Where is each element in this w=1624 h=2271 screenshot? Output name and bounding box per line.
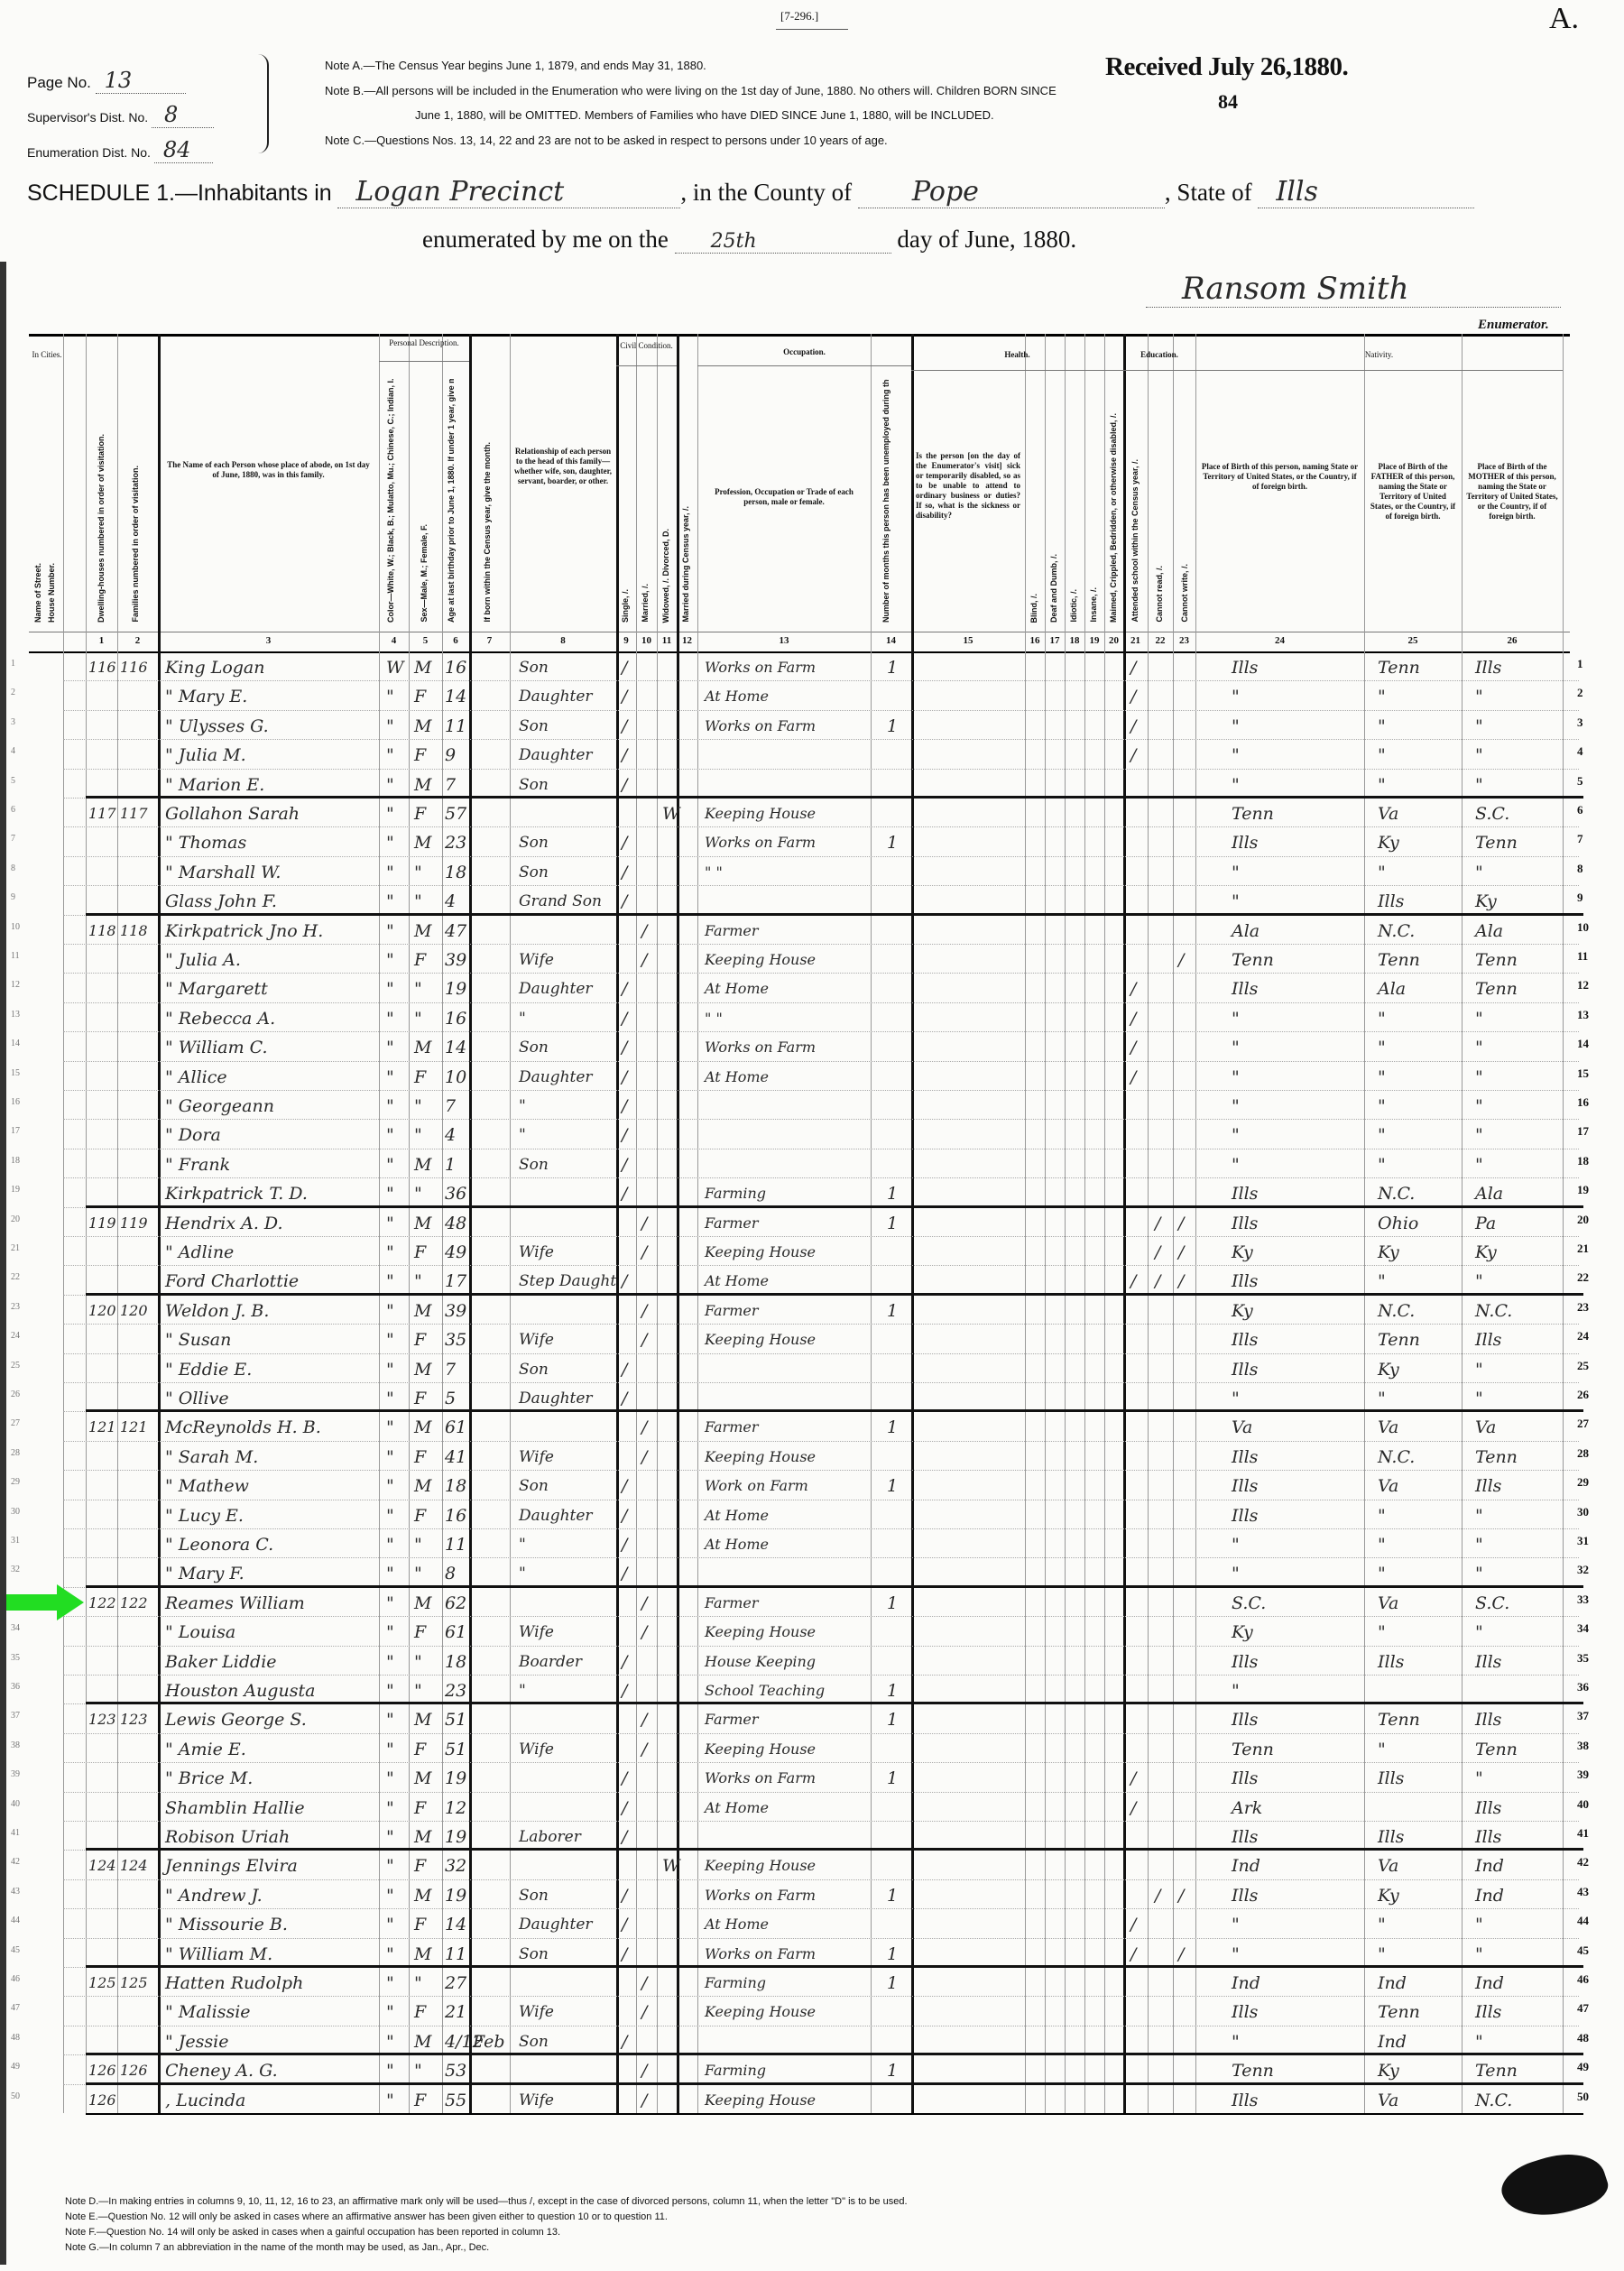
father-birthplace: Tenn [1378,1703,1420,1736]
birthplace: Ills [1232,1207,1258,1240]
birthplace: Ky [1232,1236,1253,1269]
mother-birthplace: Pa [1475,1207,1496,1240]
census-page: [7-296.] A. Received July 26,1880. 84 Pa… [0,0,1624,2271]
father-birthplace: Va [1378,2084,1398,2117]
age: 23 [445,826,466,859]
person-name: " Louisa [165,1616,235,1648]
father-birthplace: Ohio [1378,1207,1418,1240]
mother-birthplace: N.C. [1475,1295,1512,1327]
person-name: " Mary E. [165,680,247,713]
row-rule [63,826,1579,827]
row-rule [63,1500,1579,1500]
line-number-right: 3 [1577,715,1583,730]
line-number-right: 23 [1577,1300,1589,1315]
line-number: 35 [11,1653,20,1663]
col22-header: Cannot read, /. [1155,566,1164,623]
single-mark: / [622,1908,627,1941]
line-number: 42 [11,1857,20,1867]
person-name: Hendrix A. D. [165,1207,283,1240]
age: 41 [445,1441,466,1473]
married-mark: / [641,1236,647,1269]
line-number: 28 [11,1448,20,1458]
birthplace: Ills [1232,1470,1258,1502]
age: 10 [445,1061,466,1094]
occupation: At Home [705,1500,769,1532]
color: " [386,1587,394,1620]
color: " [386,1061,394,1094]
col16-header: Blind, /. [1029,594,1038,623]
family-rule [86,1702,1583,1704]
sex: F [414,1996,426,2028]
person-name: " Julia A. [165,944,241,976]
line-number-right: 10 [1577,920,1589,935]
relationship: Wife [519,1236,554,1269]
column-rule [510,334,511,2113]
age: 16 [445,651,466,684]
column-number: 1 [86,635,117,646]
person-name: " Ulysses G. [165,710,269,743]
col13-header: Profession, Occupation or Trade of each … [702,487,866,507]
dwelling-number: 118 [88,915,116,947]
person-name: " Margarett [165,973,268,1005]
sex: M [414,915,431,947]
person-name: " Thomas [165,826,246,859]
birthplace: Tenn [1232,1733,1274,1766]
column-number: 13 [697,635,871,646]
attended-school: / [1130,739,1136,771]
family-number: 125 [120,1967,148,1999]
column-rule [117,334,118,2113]
occupation: Farmer [705,915,759,947]
col25-header: Place of Birth of the FATHER of this per… [1368,462,1458,522]
column-number: 24 [1195,635,1364,646]
row-rule [63,1646,1579,1647]
person-name: " Brice M. [165,1762,253,1795]
line-number-right: 17 [1577,1124,1589,1139]
sex: " [414,1646,422,1678]
line-number-right: 5 [1577,774,1583,789]
line-number-right: 36 [1577,1680,1589,1694]
in-cities-title: In Cities. [29,350,65,360]
row-rule [63,885,1579,886]
color: " [386,1090,394,1122]
row-rule [63,1557,1579,1558]
father-birthplace: Va [1378,798,1398,830]
birthplace: Ind [1232,1850,1260,1882]
person-name: " Marshall W. [165,856,281,889]
cannot-write: / [1178,1879,1184,1912]
row-rule [63,1528,1579,1529]
married-mark: / [641,1587,647,1620]
relationship: Daughter [519,1908,593,1941]
single-mark: / [622,1002,627,1035]
birthplace: Ills [1232,1762,1258,1795]
line-number: 24 [11,1331,20,1341]
age: 19 [445,973,466,1005]
mother-birthplace: S.C. [1475,1587,1509,1620]
relationship: Son [519,1149,549,1181]
birthplace: Ky [1232,1295,1253,1327]
color: " [386,944,394,976]
family-number: 117 [120,798,148,830]
relationship: Wife [519,1324,554,1356]
column-number: 16 [1025,635,1045,646]
birthplace: Ills [1232,1500,1258,1532]
line-number: 3 [11,717,15,727]
line-number-right: 11 [1577,949,1588,964]
line-number-right: 27 [1577,1417,1589,1431]
line-number-right: 30 [1577,1505,1589,1519]
occupation: Keeping House [705,1441,816,1473]
column-rule [1025,334,1026,2113]
line-number: 1 [11,659,15,669]
person-name: " Georgeann [165,1090,274,1122]
age: 18 [445,856,466,889]
dwelling-number: 126 [88,2084,116,2117]
attended-school: / [1130,710,1136,743]
line-number-right: 2 [1577,686,1583,700]
mother-birthplace: Ind [1475,1879,1504,1912]
line-number-right: 50 [1577,2090,1589,2104]
relationship: Son [519,1031,549,1064]
age: 18 [445,1470,466,1502]
family-rule [86,796,1583,799]
nativity-group-title: Nativity. [1195,350,1563,360]
age: 11 [445,1528,466,1561]
line-number-right: 14 [1577,1037,1589,1051]
line-number: 7 [11,834,15,844]
mother-birthplace: " [1475,1090,1483,1122]
highlight-arrow-icon [5,1584,86,1620]
person-name: " Malissie [165,1996,251,2028]
person-name: Kirkpatrick Jno H. [165,915,323,947]
line-number-right: 29 [1577,1475,1589,1490]
line-number: 5 [11,776,15,786]
line-number: 39 [11,1769,20,1779]
footer-note: Note D.—In making entries in columns 9, … [65,2194,908,2210]
sex: M [414,826,431,859]
line-number-right: 9 [1577,891,1583,905]
row-rule [63,1762,1579,1763]
relationship: Son [519,651,549,684]
father-birthplace: " [1378,1528,1386,1561]
age: 1 [445,1149,456,1181]
color: " [386,1324,394,1356]
column-rule [636,334,637,2113]
column-rule [1084,334,1085,2113]
dwelling-number: 124 [88,1850,116,1882]
father-birthplace: Ky [1378,1236,1399,1269]
sex: " [414,1090,422,1122]
line-number: 49 [11,2062,20,2072]
family-number: 121 [120,1411,148,1444]
color: " [386,1500,394,1532]
relationship: Son [519,826,549,859]
color: " [386,1703,394,1736]
sex: M [414,1353,431,1386]
person-name: King Logan [165,651,265,684]
birthplace: Ills [1232,2084,1258,2117]
months-unemployed: 1 [887,651,898,684]
sex: M [414,1762,431,1795]
line-number: 4 [11,746,15,756]
sex: F [414,739,426,771]
row-rule [63,739,1579,740]
father-birthplace: Va [1378,1470,1398,1502]
line-number-right: 31 [1577,1534,1589,1548]
occupation: Keeping House [705,1236,816,1269]
age: 12 [445,1792,466,1824]
birthplace: Ills [1232,1879,1258,1912]
mother-birthplace: Tenn [1475,826,1518,859]
col7-header: If born within the Census year, give the… [483,442,492,623]
age: 57 [445,798,466,830]
age: 51 [445,1703,466,1736]
occupation: Farming [705,1967,766,1999]
age: 39 [445,944,466,976]
birthplace: " [1232,739,1240,771]
father-birthplace: Va [1378,1850,1398,1882]
age: 39 [445,1295,466,1327]
father-birthplace: Tenn [1378,1996,1420,2028]
mother-birthplace: Tenn [1475,973,1518,1005]
birthplace: Ills [1232,1353,1258,1386]
column-number: 2 [117,635,158,646]
mother-birthplace: " [1475,710,1483,743]
sex: F [414,1061,426,1094]
father-birthplace: Va [1378,1411,1398,1444]
column-number: 26 [1462,635,1563,646]
street-header: Name of Street. [33,563,42,623]
color: " [386,739,394,771]
age: 47 [445,915,466,947]
occupation: Keeping House [705,798,816,830]
column-rule [677,334,679,2113]
occupation: House Keeping [705,1646,816,1678]
age: 18 [445,1646,466,1678]
person-name: Gollahon Sarah [165,798,300,830]
father-birthplace: Tenn [1378,1324,1420,1356]
column-rule [1173,334,1174,2113]
sex: " [414,1002,422,1035]
relationship: Wife [519,1441,554,1473]
line-number: 44 [11,1916,20,1925]
birthplace: " [1232,1031,1240,1064]
sex: " [414,856,422,889]
row-rule [63,680,1579,681]
color: " [386,1646,394,1678]
sex: F [414,1908,426,1941]
person-name: Shamblin Hallie [165,1792,305,1824]
line-number-right: 25 [1577,1359,1589,1373]
relationship: " [519,1002,526,1035]
row-rule [63,1382,1579,1383]
father-birthplace: " [1378,1149,1386,1181]
line-number-right: 16 [1577,1095,1589,1110]
relationship: " [519,1119,526,1151]
line-number: 23 [11,1302,20,1312]
line-number: 46 [11,1974,20,1984]
civil-group-rule [616,365,677,366]
person-name: " Allice [165,1061,227,1094]
birthplace: " [1232,1119,1240,1151]
line-number-right: 41 [1577,1826,1589,1841]
color: " [386,1470,394,1502]
sex: M [414,1587,431,1620]
dwelling-number: 121 [88,1411,116,1444]
occupation: Keeping House [705,944,816,976]
line-number: 2 [11,688,15,697]
occupation: " " [705,856,723,889]
col15-header: Is the person [on the day of the Enumera… [916,451,1020,521]
age: 62 [445,1587,466,1620]
father-birthplace: " [1378,856,1386,889]
col14-header: Number of months this person has been un… [881,379,890,623]
father-birthplace: " [1378,1908,1386,1941]
row-rule [63,1149,1579,1149]
row-rule [63,1324,1579,1325]
birthplace: " [1232,1908,1240,1941]
col12-header: Married during Census year, /. [681,506,690,623]
color: " [386,1295,394,1327]
line-number-right: 46 [1577,1972,1589,1987]
column-rule [442,334,443,2113]
father-birthplace: " [1378,1002,1386,1035]
column-number: 3 [158,635,379,646]
line-number: 27 [11,1418,20,1428]
line-number: 29 [11,1477,20,1487]
age: 16 [445,1002,466,1035]
age: 61 [445,1616,466,1648]
line-number: 43 [11,1887,20,1897]
row-rule [63,1236,1579,1237]
sex: F [414,2084,426,2117]
col8-header: Relationship of each person to the head … [514,447,612,486]
widowed-mark: W [662,1850,680,1882]
mother-birthplace: Ills [1475,1324,1501,1356]
sex: M [414,1703,431,1736]
mother-birthplace: " [1475,1528,1483,1561]
person-name: " Dora [165,1119,221,1151]
line-number-right: 8 [1577,862,1583,876]
col20-header: Maimed, Crippled, Bedridden, or otherwis… [1109,413,1118,623]
line-number: 37 [11,1711,20,1721]
occupation-group-rule [697,365,911,366]
color: " [386,1996,394,2028]
column-rule [379,334,380,2113]
column-number: 11 [657,635,677,646]
color: " [386,826,394,859]
color: " [386,1908,394,1941]
line-number-right: 18 [1577,1154,1589,1168]
line-number: 25 [11,1361,20,1371]
column-number: 15 [911,635,1025,646]
birthplace: " [1232,1149,1240,1181]
line-number: 22 [11,1272,20,1282]
cannot-read: / [1155,1879,1160,1912]
color: " [386,973,394,1005]
column-rule [1195,334,1196,2113]
col9-header: Single, /. [621,589,630,623]
column-rule [409,334,410,2113]
line-number-right: 42 [1577,1855,1589,1869]
sex: F [414,1500,426,1532]
attended-school: / [1130,1792,1136,1824]
single-mark: / [622,1061,627,1094]
line-number-right: 47 [1577,2001,1589,2016]
family-number: 120 [120,1295,148,1327]
line-number-right: 7 [1577,832,1583,846]
father-birthplace: Ky [1378,826,1399,859]
married-mark: / [641,1207,647,1240]
mother-birthplace: " [1475,1061,1483,1094]
column-number: 23 [1173,635,1195,646]
line-number-right: 40 [1577,1797,1589,1812]
column-rule [1065,334,1066,2113]
family-number: 116 [120,651,148,684]
person-name: " Mathew [165,1470,249,1502]
column-number: 7 [469,635,510,646]
mother-birthplace: " [1475,680,1483,713]
age: 14 [445,1031,466,1064]
line-number: 11 [11,951,20,961]
age: 11 [445,710,466,743]
single-mark: / [622,973,627,1005]
cannot-write: / [1178,944,1184,976]
color: " [386,1967,394,1999]
occupation: At Home [705,973,769,1005]
line-number-right: 26 [1577,1388,1589,1402]
sex: F [414,1850,426,1882]
occupation: Farmer [705,1295,759,1327]
birthplace: Ark [1232,1792,1262,1824]
person-name: Baker Liddie [165,1646,277,1678]
mother-birthplace: " [1475,1908,1483,1941]
line-number: 12 [11,980,20,990]
col17-header: Deaf and Dumb, /. [1049,554,1058,623]
occupation: Work on Farm [705,1470,808,1502]
column-rule [86,334,87,2113]
months-unemployed: 1 [887,710,898,743]
line-number-right: 37 [1577,1709,1589,1723]
age: 16 [445,1500,466,1532]
birthplace: Ills [1232,1996,1258,2028]
row-rule [63,1031,1579,1032]
age: 9 [445,739,456,771]
row-rule [63,1821,1579,1822]
months-unemployed: 1 [887,1470,898,1502]
age: 19 [445,1879,466,1912]
mother-birthplace: Ills [1475,1646,1501,1678]
column-rule [1364,334,1365,2113]
col3-header: The Name of each Person whose place of a… [167,460,370,480]
line-number-right: 21 [1577,1242,1589,1256]
relationship: " [519,1528,526,1561]
occupation-group-title: Occupation. [697,347,911,357]
column-number: 22 [1148,635,1173,646]
color: " [386,1850,394,1882]
person-name: Hatten Rudolph [165,1967,303,1999]
married-mark: / [641,2084,647,2117]
sex: M [414,1879,431,1912]
sex: M [414,1149,431,1181]
relationship: Son [519,856,549,889]
father-birthplace: Ala [1378,973,1406,1005]
single-mark: / [622,1149,627,1181]
column-number: 4 [379,635,409,646]
age: 19 [445,1762,466,1795]
line-number-right: 19 [1577,1183,1589,1197]
